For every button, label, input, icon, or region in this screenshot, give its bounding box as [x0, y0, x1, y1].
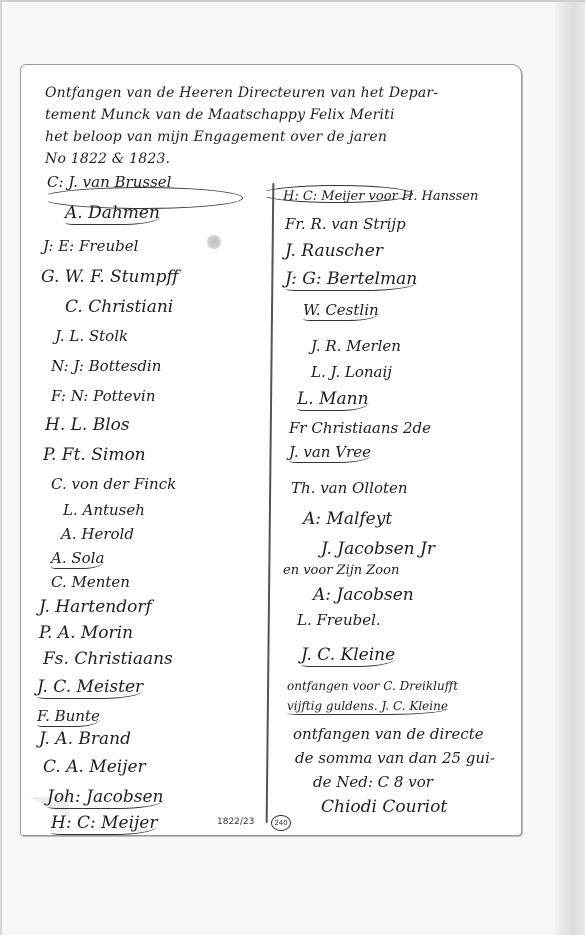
- signature-right: de Ned: C 8 vor: [313, 773, 433, 791]
- header-line-2: tement Munck van de Maatschappy Felix Me…: [45, 107, 395, 123]
- signature-right: W. Cestlin: [303, 301, 379, 321]
- signature-right: ontfangen van de directe: [293, 725, 484, 743]
- signature-left: A. Dahmen: [65, 203, 160, 225]
- scan-edge-shadow: [555, 2, 585, 935]
- signature-left: J. C. Meister: [37, 677, 143, 699]
- signature-right: Chiodi Couriot: [321, 797, 447, 817]
- folio-stamp: 240: [271, 815, 291, 831]
- signature-right: J. van Vree: [289, 443, 371, 463]
- signature-right: vijftig guldens. J. C. Kleine: [287, 699, 448, 715]
- signature-left: J. A. Brand: [39, 729, 131, 749]
- signature-left: Fs. Christiaans: [43, 649, 173, 669]
- header-line-1: Ontfangen van de Heeren Directeuren van …: [45, 85, 438, 101]
- signature-right: H: C: Meijer voor H. Hanssen: [283, 189, 478, 204]
- signature-right: Fr Christiaans 2de: [289, 419, 431, 437]
- signature-right: J. Rauscher: [285, 241, 383, 261]
- ink-blot: [207, 235, 221, 249]
- signature-left: A. Herold: [61, 525, 134, 543]
- signature-right: Fr. R. van Strijp: [285, 215, 406, 233]
- signature-right: L. Mann: [297, 389, 369, 411]
- signature-right: L. J. Lonaij: [311, 363, 392, 381]
- signature-left: Joh: Jacobsen: [47, 787, 163, 809]
- signature-left: P. A. Morin: [39, 623, 133, 643]
- signature-right: J. Jacobsen Jr: [321, 539, 435, 559]
- signature-right: ontfangen voor C. Dreiklufft: [287, 679, 458, 693]
- signature-right: de somma van dan 25 gui-: [295, 749, 495, 767]
- paper-sheet: Ontfangen van de Heeren Directeuren van …: [20, 64, 522, 836]
- signature-left: J. Hartendorf: [39, 597, 152, 617]
- signature-left: C. Christiani: [65, 297, 173, 317]
- signature-left: L. Antuseh: [63, 501, 145, 519]
- signature-left: C: J. van Brussel: [47, 173, 171, 191]
- signature-left: A. Sola: [51, 549, 104, 569]
- signature-left: C. Menten: [51, 573, 130, 591]
- signature-left: C. A. Meijer: [43, 757, 146, 777]
- signature-left: P. Ft. Simon: [43, 445, 146, 465]
- signature-right: L. Freubel.: [297, 611, 381, 629]
- signature-left: J. L. Stolk: [55, 327, 128, 345]
- signature-left: H. L. Blos: [45, 415, 130, 435]
- archive-reference: 1822/23: [217, 817, 254, 827]
- scanned-document: Ontfangen van de Heeren Directeuren van …: [0, 0, 585, 935]
- signature-left: C. von der Finck: [51, 475, 176, 493]
- column-divider-line: [266, 183, 275, 823]
- signature-right: J. R. Merlen: [311, 337, 401, 355]
- header-line-4: No 1822 & 1823.: [45, 151, 170, 167]
- header-line-3: het beloop van mijn Engagement over de j…: [45, 129, 387, 145]
- signature-left: H: C: Meijer: [51, 813, 157, 835]
- signature-right: A: Jacobsen: [313, 585, 414, 605]
- signature-right: Th. van Olloten: [291, 479, 408, 497]
- signature-left: N: J: Bottesdin: [51, 357, 161, 375]
- signature-right: J. C. Kleine: [301, 645, 395, 667]
- signature-left: F. Bunte: [37, 707, 100, 727]
- signature-right: J: G: Bertelman: [285, 269, 417, 291]
- signature-left: J: E: Freubel: [43, 237, 138, 255]
- signature-right: A: Malfeyt: [303, 509, 392, 529]
- signature-left: F: N: Pottevin: [51, 387, 156, 405]
- signature-right: en voor Zijn Zoon: [283, 563, 399, 578]
- signature-left: G. W. F. Stumpff: [41, 267, 179, 287]
